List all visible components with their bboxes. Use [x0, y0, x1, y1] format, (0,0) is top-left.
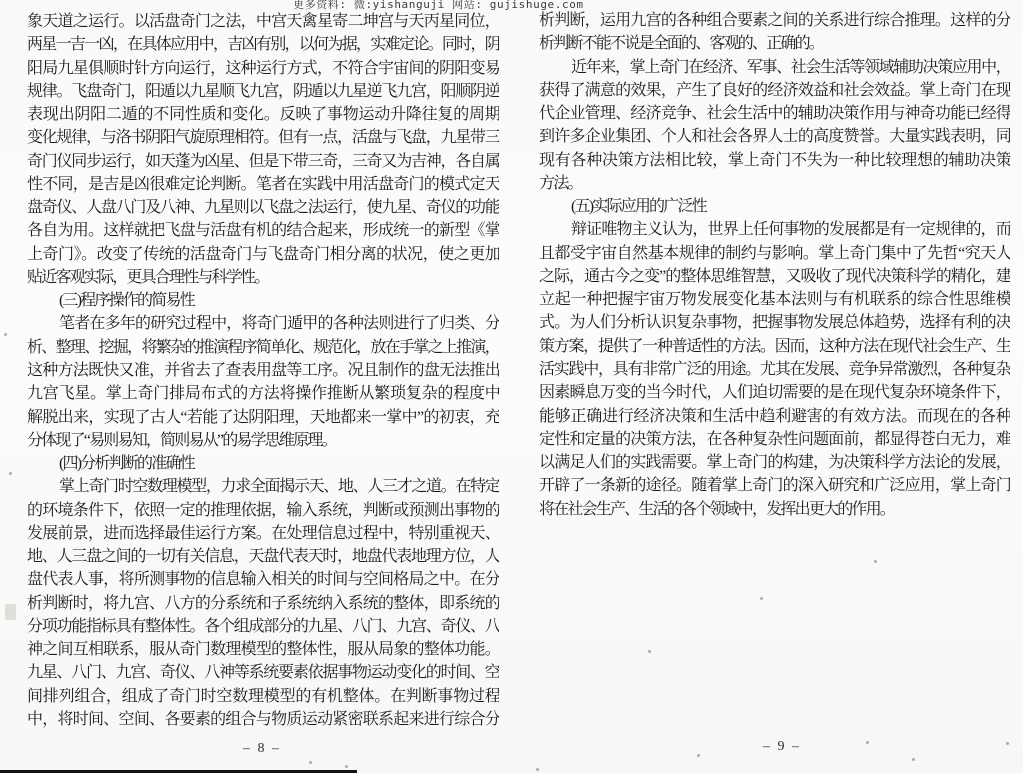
text-line: (三)程序操作的简易性: [27, 289, 499, 312]
text-line: 方法。: [539, 172, 1010, 195]
text-line: 之际，通古今之变”的整体思维智慧，又吸收了现代决策科学的精化，建: [539, 265, 1010, 288]
scan-speck: [648, 650, 651, 653]
scan-smudge: [5, 604, 16, 620]
page-number-left: – 8 –: [243, 741, 281, 757]
right-page-text-column: 析判断，运用九宫的各种组合要素之间的关系进行综合推理。这样的分 析判断不能不说是…: [539, 9, 1010, 521]
text-line: 笔者在多年的研究过程中，将奇门遁甲的各种法则进行了归类、分: [27, 312, 499, 335]
text-line: 将在社会生产、生活的各个领域中，发挥出更大的作用。: [539, 498, 1010, 521]
text-line: 各自为用。这样就把飞盘与活盘有机的结合起来，形成统一的新型《掌: [27, 219, 499, 242]
text-line: 解脱出来，实现了古人“若能了达阴阳理，天地都来一掌中”的初衷，充: [27, 406, 499, 429]
text-line: 象天道之运行。以活盘奇门之法，中宫天禽星寄二坤宫与天丙星同位，: [27, 10, 499, 33]
text-line: 奇门仪同步运行，如天蓬为凶星、但是下带三奇，三奇又为吉神，各自属: [27, 150, 499, 173]
text-line: (五)实际应用的广泛性: [539, 195, 1010, 218]
scan-speck: [309, 761, 312, 764]
text-line: 上奇门》。改变了传统的活盘奇门与飞盘奇门相分离的状况，使之更加: [27, 243, 499, 266]
scan-speck: [760, 597, 763, 600]
text-line: 析判断不能不说是全面的、客观的、正确的。: [539, 32, 1010, 55]
text-line: 开辟了一条新的途径。随着掌上奇门的深入研究和广泛应用，掌上奇门: [539, 474, 1010, 497]
text-line: 九宫飞星。掌上奇门排局布式的方法将操作推断从繁琐复杂的程度中: [27, 382, 499, 405]
text-line: 辩证唯物主义认为，世界上任何事物的发展都是有一定规律的，而: [539, 218, 1010, 241]
scan-speck: [866, 741, 869, 744]
text-line: (四)分析判断的准确性: [27, 452, 499, 475]
scan-speck: [1006, 742, 1009, 745]
text-line: 阳局九星俱顺时针方向运行，这种运行方式，不符合宇宙间的阴阳变易: [27, 57, 499, 80]
text-line: 变化规律，与洛书阴阳气旋原理相符。但有一点，活盘与飞盘，九星带三: [27, 126, 499, 149]
text-line: 到许多企业集团、个人和社会各界人士的高度赞誉。大量实践表明，同: [539, 125, 1010, 148]
text-line: 盘奇仪、人盘八门及八神、九星则以飞盘之法运行，使九星、奇仪的功能: [27, 196, 499, 219]
text-line: 分项功能指标具有整体性。各个组成部分的九星、八门、九宫、奇仪、八: [27, 615, 499, 638]
text-line: 分体现了“易则易知，简则易从”的易学思维原理。: [27, 429, 499, 452]
text-line: 盘代表人事，将所测事物的信息输入相关的时间与空间格局之中。在分: [27, 568, 499, 591]
text-line: 贴近客观实际，更具合理性与科学性。: [27, 266, 499, 289]
text-line: 代企业管理、经济竞争、社会生活中的辅助决策作用与神奇功能已经得: [539, 102, 1010, 125]
text-line: 发展前景，进而选择最佳运行方案。在处理信息过程中，特别重视天、: [27, 522, 499, 545]
text-line: 能够正确进行经济决策和生活中趋利避害的有效方法。而现在的各种: [539, 405, 1010, 428]
text-line: 地、人三盘之间的一切有关信息，天盘代表天时，地盘代表地理方位，人: [27, 545, 499, 568]
text-line: 性不同，是吉是凶很难定论判断。笔者在实践中用活盘奇门的模式定天: [27, 173, 499, 196]
scan-speck: [697, 754, 700, 757]
text-line: 间排列组合，组成了奇门时空数理模型的有机整体。在判断事物过程: [27, 685, 499, 708]
scan-speck: [536, 768, 539, 771]
text-line: 掌上奇门时空数理模型，力求全面揭示天、地、人三才之道。在特定: [27, 475, 499, 498]
text-line: 两星一吉一凶，在具体应用中，吉凶有别，以何为据，实难定论。同时，阴: [27, 33, 499, 56]
text-line: 中，将时间、空间、各要素的组合与物质运动紧密联系起来进行综合分: [27, 708, 499, 731]
text-line: 活实践中，具有非常广泛的用途。尤其在发展、竞争异常激烈，各种复杂: [539, 358, 1010, 381]
text-line: 这种方法既快又准，并省去了查表用盘等工序。况且制作的盘无法推出: [27, 359, 499, 382]
scan-speck: [9, 472, 12, 475]
page-number-right: – 9 –: [763, 739, 801, 755]
text-line: 九星、八门、九宫、奇仪、八神等系统要素依据事物运动变化的时间、空: [27, 661, 499, 684]
text-line: 的环境条件下，依照一定的推理依据，输入系统，判断或预测出事物的: [27, 499, 499, 522]
text-line: 策方案，提供了一种普适性的方法。因而，这种方法在现代社会生产、生: [539, 335, 1010, 358]
scan-speck: [4, 333, 7, 336]
scan-speck: [874, 560, 877, 563]
text-line: 析判断，运用九宫的各种组合要素之间的关系进行综合推理。这样的分: [539, 9, 1010, 32]
text-line: 表现出阴阳二遁的不同性质和变化。反映了事物运动升降往复的周期: [27, 103, 499, 126]
text-line: 神之间互相联系，服从奇门数理模型的整体性，服从局象的整体功能。: [27, 638, 499, 661]
text-line: 立起一种把握宇宙万物发展变化基本法则与有机联系的综合性思维模: [539, 288, 1010, 311]
scan-speck: [912, 758, 915, 761]
book-scan-page: 更多资料: 微:yishanguji 网站: gujishuge.com 象天道…: [0, 0, 1023, 773]
text-line: 以满足人们的实践需要。掌上奇门的构建，为决策科学方法论的发展，: [539, 451, 1010, 474]
text-line: 式。为人们分析认识复杂事物，把握事物发展总体趋势，选择有利的决: [539, 311, 1010, 334]
scan-speck: [345, 765, 348, 768]
text-line: 析判断时，将九宫、八方的分系统和子系统纳入系统的整体，即系统的: [27, 592, 499, 615]
text-line: 获得了满意的效果，产生了良好的经济效益和社会效益。掌上奇门在现: [539, 79, 1010, 102]
text-line: 析、整理、挖掘，将繁杂的推演程序简单化、规范化，放在手掌之上推演，: [27, 336, 499, 359]
text-line: 现有各种决策方法相比较，掌上奇门不失为一种比较理想的辅助决策: [539, 149, 1010, 172]
text-line: 定性和定量的决策方法，在各种复杂性问题面前，都显得苍白无力，难: [539, 428, 1010, 451]
text-line: 近年来，掌上奇门在经济、军事、社会生活等领域辅助决策应用中，: [539, 56, 1010, 79]
text-line: 且都受宇宙自然基本规律的制约与影响。掌上奇门集中了先哲“究天人: [539, 242, 1010, 265]
text-line: 规律。飞盘奇门，阳遁以九星顺飞九宫，阴遁以九星逆飞九宫，阳顺阴逆: [27, 80, 499, 103]
text-line: 因素瞬息万变的当今时代，人们迫切需要的是在现代复杂环境条件下，: [539, 381, 1010, 404]
left-page-text-column: 象天道之运行。以活盘奇门之法，中宫天禽星寄二坤宫与天丙星同位， 两星一吉一凶，在…: [27, 10, 499, 731]
